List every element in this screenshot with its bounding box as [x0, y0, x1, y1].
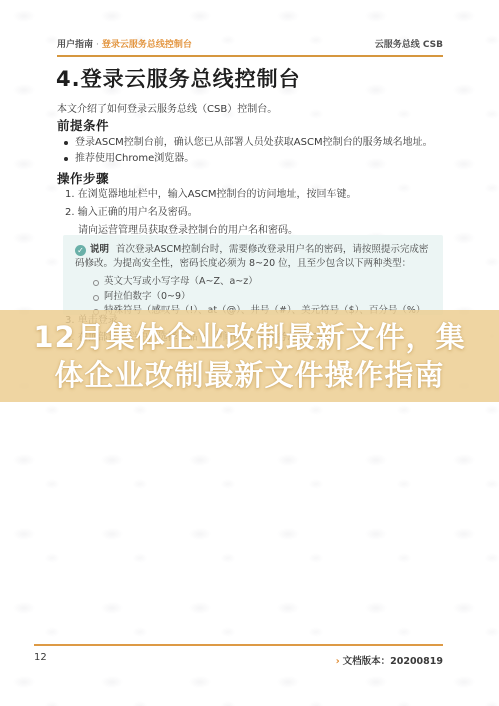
breadcrumb-root: 用户指南	[57, 40, 93, 50]
list-item: 登录ASCM控制台前，确认您已从部署人员处获取ASCM控制台的服务域名地址。	[64, 135, 463, 151]
note-list: 英文大写或小写字母（A~Z、a~z） 阿拉伯数字（0~9） 特殊符号（感叹号（!…	[75, 275, 431, 315]
list-item: 阿拉伯数字（0~9）	[93, 290, 431, 305]
list-item: 英文大写或小写字母（A~Z、a~z）	[93, 275, 431, 290]
document-page: 用户指南·登录云服务总线控制台 云服务总线 CSB 4.登录云服务总线控制台 本…	[0, 0, 499, 706]
chevron-right-icon: ›	[336, 656, 340, 667]
section-heading-procedure: 操作步骤	[57, 169, 109, 187]
page-number: 12	[34, 652, 47, 663]
footer-divider	[34, 644, 443, 646]
note-label: 说明	[90, 244, 109, 255]
page-content: 用户指南·登录云服务总线控制台 云服务总线 CSB 4.登录云服务总线控制台 本…	[0, 0, 499, 706]
step-item: 1. 在浏览器地址栏中，输入ASCM控制台的访问地址，按回车键。	[65, 186, 463, 204]
note-text: ✓说明首次登录ASCM控制台时，需要修改登录用户名的密码，请按照提示完成密码修改…	[75, 243, 431, 271]
step-item: 2. 输入正确的用户名及密码。	[65, 204, 463, 222]
procedure-steps: 1. 在浏览器地址栏中，输入ASCM控制台的访问地址，按回车键。 2. 输入正确…	[65, 186, 463, 239]
version-label: 文档版本：20200819	[343, 656, 443, 667]
note-body: 首次登录ASCM控制台时，需要修改登录用户名的密码，请按照提示完成密码修改。为提…	[75, 244, 428, 269]
intro-text: 本文介绍了如何登录云服务总线（CSB）控制台。	[57, 100, 459, 115]
overlay-title-line2: 体企业改制最新文件操作指南	[54, 356, 444, 394]
breadcrumb: 用户指南·登录云服务总线控制台	[57, 37, 192, 50]
breadcrumb-separator: ·	[96, 40, 99, 50]
note-callout: ✓说明首次登录ASCM控制台时，需要修改登录用户名的密码，请按照提示完成密码修改…	[63, 235, 443, 315]
page-title: 4.登录云服务总线控制台	[56, 63, 459, 93]
note-check-icon: ✓	[75, 245, 86, 256]
breadcrumb-current-link[interactable]: 登录云服务总线控制台	[102, 40, 192, 50]
product-name: 云服务总线 CSB	[375, 37, 443, 50]
section-heading-prerequisites: 前提条件	[57, 116, 109, 134]
overlay-title-line1: 12月集体企业改制最新文件，集	[33, 318, 465, 356]
prerequisites-list: 登录ASCM控制台前，确认您已从部署人员处获取ASCM控制台的服务域名地址。 推…	[64, 135, 463, 166]
list-item: 推荐使用Chrome浏览器。	[64, 151, 463, 167]
header-divider	[57, 55, 443, 57]
document-version: ›文档版本：20200819	[336, 653, 443, 667]
promo-overlay-banner: 12月集体企业改制最新文件，集 体企业改制最新文件操作指南	[0, 310, 499, 402]
page-header: 用户指南·登录云服务总线控制台 云服务总线 CSB	[57, 37, 443, 50]
